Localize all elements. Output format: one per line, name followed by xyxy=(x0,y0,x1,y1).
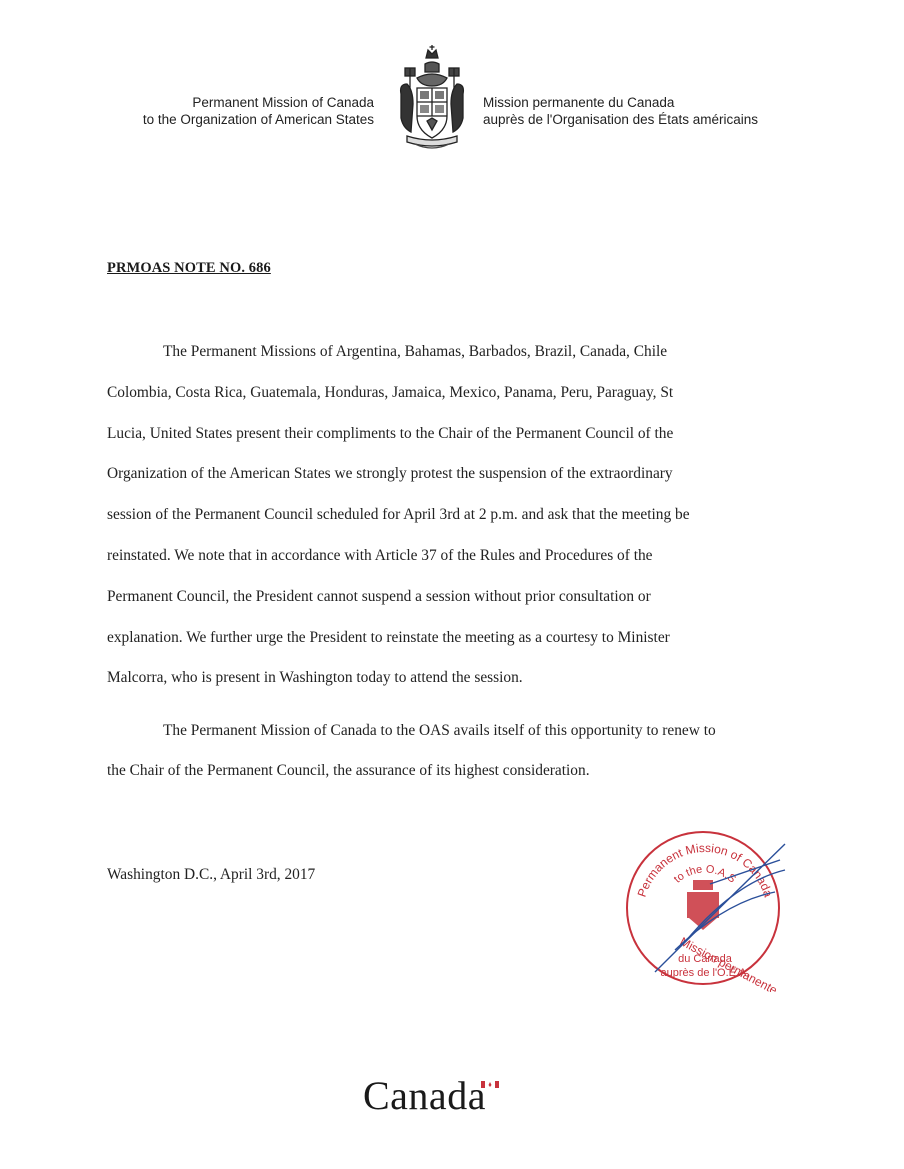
note-title: PRMOAS NOTE NO. 686 xyxy=(107,260,271,277)
letterhead-english-line1: Permanent Mission of Canada xyxy=(143,94,374,111)
paragraph-2: The Permanent Mission of Canada to the O… xyxy=(107,711,827,791)
letterhead-french-line2: auprès de l'Organisation des États améri… xyxy=(483,111,758,128)
paragraph-1-line: explanation. We further urge the Preside… xyxy=(107,618,827,659)
paragraph-1-line: Organization of the American States we s… xyxy=(107,454,827,495)
paragraph-2-line: The Permanent Mission of Canada to the O… xyxy=(107,711,827,751)
canada-wordmark: Canada xyxy=(363,1072,486,1119)
letterhead-english: Permanent Mission of Canada to the Organ… xyxy=(143,94,374,128)
letterhead-french: Mission permanente du Canada auprès de l… xyxy=(483,94,758,128)
canada-flag-icon xyxy=(481,1081,499,1088)
letterhead-french-line1: Mission permanente du Canada xyxy=(483,94,758,111)
paragraph-1-line: Colombia, Costa Rica, Guatemala, Hondura… xyxy=(107,373,827,414)
paragraph-2-line: the Chair of the Permanent Council, the … xyxy=(107,751,827,791)
paragraph-1-line: Lucia, United States present their compl… xyxy=(107,414,827,455)
dateline: Washington D.C., April 3rd, 2017 xyxy=(107,866,315,884)
paragraph-1-line: Malcorra, who is present in Washington t… xyxy=(107,658,827,699)
paragraph-1-line: reinstated. We note that in accordance w… xyxy=(107,536,827,577)
stamp-inner-bottom-1: du Canada xyxy=(678,953,733,965)
letterhead-english-line2: to the Organization of American States xyxy=(143,111,374,128)
paragraph-1: The Permanent Missions of Argentina, Bah… xyxy=(107,332,827,699)
paragraph-1-line: The Permanent Missions of Argentina, Bah… xyxy=(107,332,827,373)
paragraph-1-line: Permanent Council, the President cannot … xyxy=(107,577,827,618)
official-seal-stamp-icon: Permanent Mission of Canada to the O.A.S… xyxy=(615,822,795,992)
coat-of-arms-icon xyxy=(393,44,471,152)
stamp-inner-bottom-2: auprès de l'O.É.A. xyxy=(661,966,750,979)
paragraph-1-line: session of the Permanent Council schedul… xyxy=(107,495,827,536)
